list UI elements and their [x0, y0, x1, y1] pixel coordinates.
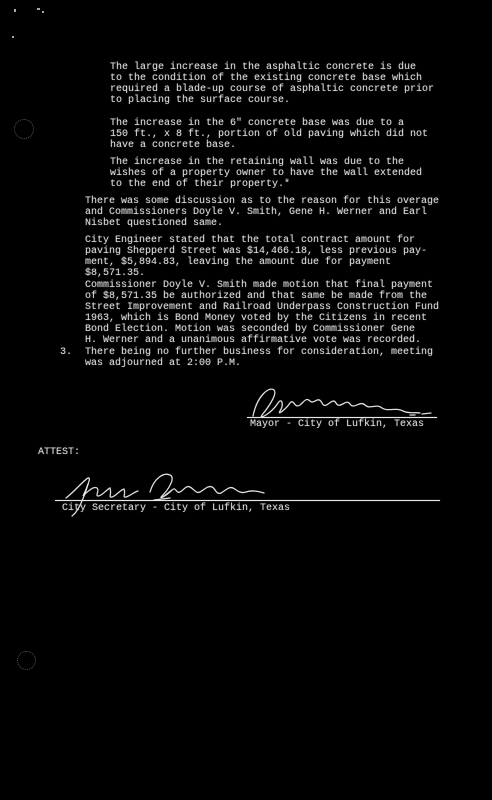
- scan-speck: [37, 8, 40, 10]
- paragraph-city-engineer: City Engineer stated that the total cont…: [85, 235, 427, 279]
- paragraph-retaining-wall: The increase in the retaining wall was d…: [110, 157, 422, 190]
- scan-speck: [42, 11, 44, 13]
- hole-punch-mark: [14, 119, 34, 139]
- scan-speck: [14, 9, 16, 12]
- paragraph-asphaltic-concrete: The large increase in the asphaltic conc…: [110, 62, 434, 106]
- paragraph-motion: Commissioner Doyle V. Smith made motion …: [85, 280, 439, 346]
- secretary-signature-caption: City Secretary - City of Lufkin, Texas: [62, 503, 290, 514]
- secretary-signature-line: [55, 500, 440, 501]
- scanned-minutes-page: The large increase in the asphaltic conc…: [0, 0, 492, 800]
- item-number: 3.: [60, 347, 72, 358]
- mayor-signature-caption: Mayor - City of Lufkin, Texas: [250, 419, 424, 430]
- scan-speck: [12, 36, 14, 38]
- paragraph-concrete-base: The increase in the 6" concrete base was…: [110, 118, 428, 151]
- mayor-signature: [243, 384, 443, 424]
- mayor-signature-line: [247, 417, 437, 418]
- paragraph-adjournment: There being no further business for cons…: [85, 347, 433, 369]
- attest-label: ATTEST:: [38, 447, 80, 458]
- paragraph-discussion: There was some discussion as to the reas…: [85, 196, 439, 229]
- hole-punch-mark: [17, 651, 36, 670]
